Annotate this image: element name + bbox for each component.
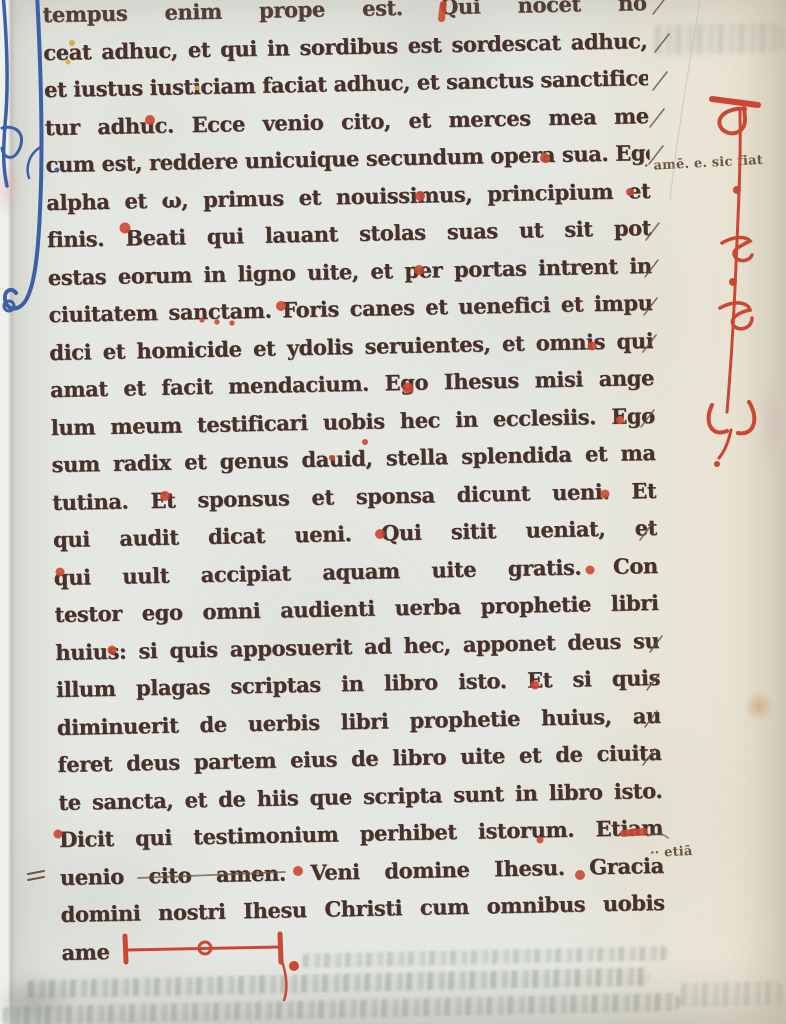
text-block: tempus enim prope est. Qui nocet no ceat… xyxy=(42,0,665,971)
verso-text-ghost xyxy=(25,967,650,998)
verso-text-ghost xyxy=(678,981,784,1007)
margin-gloss-amen: · amē. e. sic fiat xyxy=(644,153,764,174)
pink-bleed-strip xyxy=(760,380,786,468)
manuscript-page: tempus enim prope est. Qui nocet no ceat… xyxy=(0,0,786,1024)
page-edge-sliver xyxy=(0,0,16,1024)
verso-text-ghost xyxy=(0,993,680,1024)
margin-correction-etiam: ·· etiā xyxy=(650,844,693,861)
verso-text-ghost xyxy=(652,23,785,56)
parchment-stain xyxy=(740,686,778,726)
